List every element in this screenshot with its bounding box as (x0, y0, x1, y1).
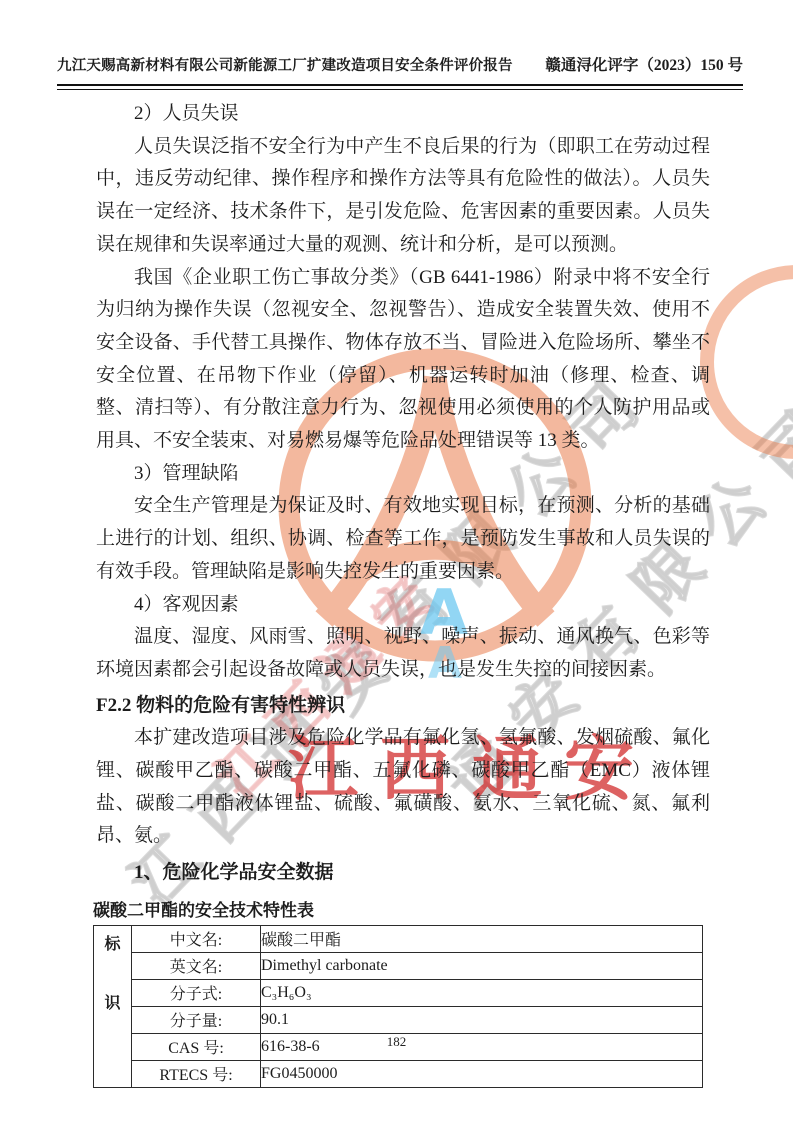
section-heading-objective-factor: 4）客观因素 (96, 589, 710, 622)
table-row: 分子式: C₃H₆O₃ (94, 979, 703, 1006)
table-row: RTECS 号: FG0450000 (94, 1060, 703, 1087)
table-row: 分子量: 90.1 (94, 1006, 703, 1033)
header-divider (57, 84, 743, 90)
row-label: 分子式: (132, 979, 261, 1006)
group-label: 标 识 (94, 926, 131, 1013)
table-title: 碳酸二甲酯的安全技术特性表 (93, 899, 710, 923)
paragraph-objective-factor: 温度、湿度、风雨雪、照明、视野、噪声、振动、通风换气、色彩等环境因素都会引起设备… (96, 621, 710, 686)
row-label: 英文名: (132, 952, 261, 979)
row-value: Dimethyl carbonate (261, 952, 703, 979)
section-heading-f22: F2.2 物料的危险有害特性辨识 (96, 690, 710, 723)
page-header: 九江天赐高新材料有限公司新能源工厂扩建改造项目安全条件评价报告 赣通浔化评字（2… (57, 53, 743, 75)
paragraph-f22: 本扩建改造项目涉及危险化学品有氟化氢、氢氟酸、发烟硫酸、氟化锂、碳酸甲乙酯、碳酸… (96, 722, 710, 853)
row-value: C₃H₆O₃ (261, 979, 703, 1006)
page-number: 182 (0, 1034, 793, 1050)
row-label: 分子量: (132, 1006, 261, 1033)
row-label: RTECS 号: (132, 1060, 261, 1087)
body-text: 2）人员失误 人员失误泛指不安全行为中产生不良后果的行为（即职工在劳动过程中，违… (96, 98, 710, 1088)
row-value: FG0450000 (261, 1060, 703, 1087)
company-logo-watermark-partial-icon (697, 262, 793, 462)
table-row: 标 识 中文名: 碳酸二甲酯 (94, 925, 703, 952)
table-group-label-cell: 标 识 (94, 925, 132, 1087)
section-heading-personnel-error: 2）人员失误 (96, 98, 710, 131)
safety-spec-table: 标 识 中文名: 碳酸二甲酯 英文名: Dimethyl carbonate 分… (93, 925, 703, 1088)
paragraph-management-defect: 安全生产管理是为保证及时、有效地实现目标，在预测、分析的基础上进行的计划、组织、… (96, 490, 710, 588)
group-label-char: 识 (104, 990, 120, 1013)
section-heading-management-defect: 3）管理缺陷 (96, 458, 710, 491)
table-row: 英文名: Dimethyl carbonate (94, 952, 703, 979)
item-heading-chemical-safety-data: 1、危险化学品安全数据 (96, 857, 710, 890)
row-label: 中文名: (132, 925, 261, 952)
paragraph-personnel-error-2: 我国《企业职工伤亡事故分类》（GB 6441-1986）附录中将不安全行为归纳为… (96, 262, 710, 458)
row-value: 碳酸二甲酯 (261, 925, 703, 952)
group-label-char: 标 (104, 931, 120, 954)
paragraph-personnel-error-1: 人员失误泛指不安全行为中产生不良后果的行为（即职工在劳动过程中，违反劳动纪律、操… (96, 131, 710, 262)
report-title: 九江天赐高新材料有限公司新能源工厂扩建改造项目安全条件评价报告 (57, 54, 513, 75)
document-page: 江西通安有限公司 通安有限公司 江西通安 A A 江西通安 九江天赐高新材料有限… (0, 0, 793, 1122)
row-value: 90.1 (261, 1006, 703, 1033)
doc-number: 赣通浔化评字（2023）150 号 (545, 53, 743, 75)
